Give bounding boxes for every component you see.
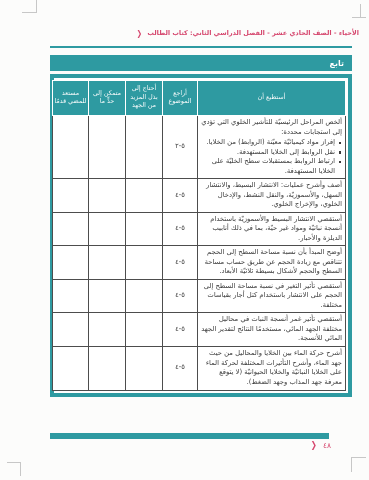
- skill-bullet-list: إفراز مواد كيميائيّة معيّنة (الروابط) من…: [201, 138, 342, 176]
- skill-cell: أشرح حركة الماء بين الخلايا والمحاليل من…: [198, 346, 346, 390]
- table-row: أستقصي تأثير غمر أنسجة النبات في محاليل …: [53, 313, 346, 347]
- skill-text: أشرح حركة الماء بين الخلايا والمحاليل من…: [201, 349, 342, 387]
- needs-effort-cell: [126, 346, 163, 390]
- column-header-1: أراجع الموضوع: [163, 81, 198, 116]
- skill-bullet: ارتباط الروابط بمستقبلات سطح الخليّة على…: [201, 157, 342, 176]
- crop-mark-bottom-right: [351, 457, 352, 472]
- skill-cell: أصف وأشرح عمليات: الانتشار البسيط، والان…: [198, 179, 346, 213]
- needs-effort-cell: [126, 179, 163, 213]
- skill-cell: أستقصي تأثير غمر أنسجة النبات في محاليل …: [198, 313, 346, 347]
- continued-banner-label: تابع: [330, 59, 352, 68]
- ready-to-proceed-cell: [53, 116, 89, 179]
- crop-mark-top-right: [360, 4, 361, 18]
- somewhat-able-cell: [89, 246, 126, 280]
- topic-reference-cell: ٥-٢: [163, 116, 198, 179]
- needs-effort-cell: [126, 212, 163, 246]
- table-row: أوضح المبدأ بأن نسبة مساحة السطح إلى الح…: [53, 246, 346, 280]
- topic-reference-cell: ٥-٤: [163, 313, 198, 347]
- skill-text: أستقصي الانتشار البسيط والأسموزيّة باستخ…: [201, 215, 342, 244]
- crop-mark-top-right-h: [352, 17, 366, 18]
- header-divider: [50, 46, 352, 48]
- skill-cell: ألخص المراحل الرئيسيّة للتأشير الخلوي ال…: [198, 116, 346, 179]
- table-row: أستقصي تأثير التغير في نسبة مساحة السطح …: [53, 279, 346, 313]
- chevron-left-icon: ❮: [136, 30, 141, 38]
- needs-effort-cell: [126, 246, 163, 280]
- ready-to-proceed-cell: [53, 313, 89, 347]
- breadcrumb-text: الأحياء - الصف الحادي عشر - الفصل الدراس…: [147, 29, 359, 37]
- skill-cell: أوضح المبدأ بأن نسبة مساحة السطح إلى الح…: [198, 246, 346, 280]
- crop-mark-bottom-right-h: [351, 457, 366, 458]
- table-row: أصف وأشرح عمليات: الانتشار البسيط، والان…: [53, 179, 346, 213]
- somewhat-able-cell: [89, 179, 126, 213]
- ready-to-proceed-cell: [53, 246, 89, 280]
- somewhat-able-cell: [89, 313, 126, 347]
- ready-to-proceed-cell: [53, 279, 89, 313]
- column-header-4: مستعد للمضي قدمًا: [53, 81, 89, 116]
- skill-text: أصف وأشرح عمليات: الانتشار البسيط، والان…: [201, 181, 342, 210]
- topic-reference-cell: ٥-٤: [163, 346, 198, 390]
- skill-text: أستقصي تأثير غمر أنسجة النبات في محاليل …: [201, 315, 342, 344]
- skill-cell: أستقصي تأثير التغير في نسبة مساحة السطح …: [198, 279, 346, 313]
- chevron-left-icon: ❮: [311, 441, 317, 451]
- topic-reference-cell: ٥-٤: [163, 279, 198, 313]
- footer-bar: [50, 433, 329, 439]
- ready-to-proceed-cell: [53, 346, 89, 390]
- somewhat-able-cell: [89, 212, 126, 246]
- assessment-table-frame: أستطيع أنأراجع الموضوعأحتاج إلى بذل المز…: [50, 74, 352, 397]
- somewhat-able-cell: [89, 346, 126, 390]
- crop-mark-bottom-left-h: [7, 462, 21, 463]
- topic-reference-cell: ٥-٤: [163, 246, 198, 280]
- table-header-row: أستطيع أنأراجع الموضوعأحتاج إلى بذل المز…: [53, 81, 346, 116]
- topic-reference-cell: ٥-٤: [163, 179, 198, 213]
- table-row: ألخص المراحل الرئيسيّة للتأشير الخلوي ال…: [53, 116, 346, 179]
- somewhat-able-cell: [89, 116, 126, 179]
- column-header-2: أحتاج إلى بذل المزيد من الجهد: [126, 81, 163, 116]
- table-row: أشرح حركة الماء بين الخلايا والمحاليل من…: [53, 346, 346, 390]
- page-number-value: ٤٨: [323, 441, 331, 451]
- column-header-3: متمكن إلى حدٍّ ما: [89, 81, 126, 116]
- ready-to-proceed-cell: [53, 212, 89, 246]
- skill-cell: أستقصي الانتشار البسيط والأسموزيّة باستخ…: [198, 212, 346, 246]
- topic-reference-cell: ٥-٤: [163, 212, 198, 246]
- somewhat-able-cell: [89, 279, 126, 313]
- page-number: ٤٨ ❮: [310, 441, 331, 451]
- skill-text: أوضح المبدأ بأن نسبة مساحة السطح إلى الح…: [201, 248, 342, 277]
- column-header-0: أستطيع أن: [198, 81, 346, 116]
- skill-text: ألخص المراحل الرئيسيّة للتأشير الخلوي ال…: [201, 118, 342, 137]
- skill-bullet: نقل الروابط إلى الخلايا المستهدفة.: [201, 148, 342, 158]
- continued-banner: تابع: [50, 55, 352, 71]
- assessment-table: أستطيع أنأراجع الموضوعأحتاج إلى بذل المز…: [52, 80, 346, 391]
- ready-to-proceed-cell: [53, 179, 89, 213]
- breadcrumb: الأحياء - الصف الحادي عشر - الفصل الدراس…: [0, 29, 359, 38]
- table-row: أستقصي الانتشار البسيط والأسموزيّة باستخ…: [53, 212, 346, 246]
- needs-effort-cell: [126, 279, 163, 313]
- skill-text: أستقصي تأثير التغير في نسبة مساحة السطح …: [201, 282, 342, 311]
- needs-effort-cell: [126, 116, 163, 179]
- needs-effort-cell: [126, 313, 163, 347]
- skill-bullet: إفراز مواد كيميائيّة معيّنة (الروابط) من…: [201, 138, 342, 148]
- scanned-book-page: الأحياء - الصف الحادي عشر - الفصل الدراس…: [0, 0, 369, 480]
- crop-mark-top-left-h: [22, 12, 37, 13]
- assessment-table-body: ألخص المراحل الرئيسيّة للتأشير الخلوي ال…: [53, 116, 346, 391]
- crop-mark-bottom-left: [20, 462, 21, 476]
